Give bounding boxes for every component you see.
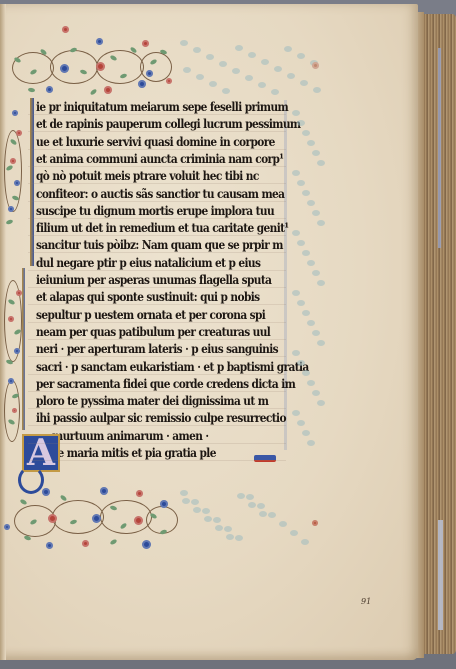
- flower-icon: [16, 130, 22, 136]
- flower-icon: [14, 180, 20, 186]
- ghost-leaf: [202, 508, 210, 514]
- ruling-line: [28, 287, 286, 288]
- ghost-leaf: [183, 67, 191, 73]
- ghost-leaf: [307, 320, 315, 326]
- ghost-leaf: [297, 180, 305, 186]
- ghost-leaf: [302, 310, 310, 316]
- ghost-leaf: [279, 521, 287, 527]
- flower-icon: [166, 78, 172, 84]
- ghost-leaf: [261, 59, 269, 65]
- ghost-leaf: [317, 220, 325, 226]
- ghost-leaf: [302, 130, 310, 136]
- ghost-leaf: [271, 89, 279, 95]
- ruling-line: [28, 218, 286, 219]
- flower-icon: [160, 500, 168, 508]
- flower-icon: [46, 86, 53, 93]
- ghost-leaf: [297, 120, 305, 126]
- ghost-leaf: [317, 340, 325, 346]
- vine-stem: [100, 500, 152, 534]
- ghost-leaf: [292, 350, 300, 356]
- ghost-leaf: [215, 525, 223, 531]
- ruling-line: [28, 252, 286, 253]
- ghost-leaf: [297, 240, 305, 246]
- ghost-leaf: [317, 400, 325, 406]
- flower-icon: [82, 540, 89, 547]
- ghost-leaf: [219, 61, 227, 67]
- ruling-frame-right: [284, 100, 287, 450]
- ghost-leaf: [307, 140, 315, 146]
- ruling-line: [28, 391, 286, 392]
- flower-icon: [96, 38, 103, 45]
- ghost-leaf: [307, 260, 315, 266]
- ghost-leaf: [206, 54, 214, 60]
- ghost-leaf: [307, 200, 315, 206]
- ruling-line: [28, 114, 286, 115]
- ghost-leaf: [246, 494, 254, 500]
- ghost-leaf: [180, 490, 188, 496]
- ghost-leaf: [312, 210, 320, 216]
- ghost-leaf: [297, 420, 305, 426]
- ghost-leaf: [196, 74, 204, 80]
- ghost-leaf: [292, 230, 300, 236]
- vine-stem: [50, 50, 98, 84]
- folio-number: 91: [361, 597, 371, 606]
- ruling-line: [28, 201, 286, 202]
- ghost-leaf: [300, 80, 308, 86]
- ghost-leaf: [258, 82, 266, 88]
- ghost-leaf: [292, 410, 300, 416]
- ghost-leaf: [307, 440, 315, 446]
- ghost-leaf: [302, 250, 310, 256]
- ghost-leaf: [313, 87, 321, 93]
- ruling-line: [28, 131, 286, 132]
- ghost-leaf: [182, 498, 190, 504]
- ghost-leaf: [297, 53, 305, 59]
- ghost-leaf: [290, 530, 298, 536]
- flower-icon: [146, 70, 153, 77]
- ruling-line: [28, 235, 286, 236]
- ghost-leaf: [191, 499, 199, 505]
- flower-icon: [142, 540, 151, 549]
- ruling-line: [28, 166, 286, 167]
- ruling-line: [28, 322, 286, 323]
- ghost-leaf: [235, 535, 243, 541]
- ghost-leaf: [302, 190, 310, 196]
- ghost-leaf: [226, 534, 234, 540]
- flower-icon: [8, 316, 14, 322]
- ghost-leaf: [301, 539, 309, 545]
- initial-swirl: [18, 466, 44, 494]
- flower-icon: [142, 40, 149, 47]
- flower-icon: [12, 110, 18, 116]
- ghost-leaf: [312, 390, 320, 396]
- ghost-leaf: [287, 73, 295, 79]
- ghost-leaf: [292, 290, 300, 296]
- flower-icon: [136, 490, 143, 497]
- flower-icon: [14, 348, 20, 354]
- flower-icon: [16, 290, 22, 296]
- ghost-leaf: [312, 270, 320, 276]
- flower-icon: [312, 520, 318, 526]
- ghost-leaf: [204, 516, 212, 522]
- flower-icon: [8, 206, 14, 212]
- ghost-leaf: [237, 493, 245, 499]
- ghost-leaf: [302, 430, 310, 436]
- ghost-leaf: [317, 160, 325, 166]
- flower-icon: [138, 80, 146, 88]
- flower-icon: [312, 62, 319, 69]
- flower-icon: [60, 64, 69, 73]
- ghost-leaf: [274, 66, 282, 72]
- ghost-leaf: [297, 300, 305, 306]
- ghost-leaf: [292, 110, 300, 116]
- flower-icon: [12, 408, 17, 413]
- ruling-line: [28, 304, 286, 305]
- ruling-line: [28, 183, 286, 184]
- ruling-line: [28, 460, 286, 461]
- ghost-leaf: [284, 46, 292, 52]
- ghost-leaf: [248, 502, 256, 508]
- ghost-leaf: [235, 45, 243, 51]
- flower-icon: [42, 488, 50, 496]
- flower-icon: [10, 158, 16, 164]
- ghost-leaf: [245, 75, 253, 81]
- ghost-leaf: [193, 507, 201, 513]
- flower-icon: [104, 86, 112, 94]
- ghost-leaf: [193, 47, 201, 53]
- ghost-leaf: [268, 512, 276, 518]
- flower-icon: [48, 514, 57, 523]
- ghost-leaf: [307, 380, 315, 386]
- ruling-line: [28, 443, 286, 444]
- ruling-line: [28, 270, 286, 271]
- flower-icon: [134, 516, 143, 525]
- ghost-leaf: [312, 150, 320, 156]
- flower-icon: [92, 514, 101, 523]
- ghost-leaf: [297, 360, 305, 366]
- blue-ribbon-marker: [438, 48, 441, 248]
- flower-icon: [8, 378, 14, 384]
- ruling-line: [28, 339, 286, 340]
- ghost-leaf: [317, 280, 325, 286]
- gold-blue-bar-lower: [22, 268, 25, 430]
- ruling-line: [28, 149, 286, 150]
- flower-icon: [62, 26, 69, 33]
- ghost-leaf: [292, 170, 300, 176]
- ghost-leaf: [248, 52, 256, 58]
- ghost-leaf: [312, 330, 320, 336]
- ghost-leaf: [222, 88, 230, 94]
- blue-ribbon-marker-lower: [438, 520, 443, 630]
- ghost-leaf: [232, 68, 240, 74]
- ghost-leaf: [213, 517, 221, 523]
- ghost-leaf: [257, 503, 265, 509]
- flower-icon: [96, 62, 105, 71]
- ghost-leaf: [180, 40, 188, 46]
- flower-icon: [100, 487, 108, 495]
- ghost-leaf: [302, 370, 310, 376]
- vine-stem: [12, 52, 54, 84]
- ruling-line: [28, 356, 286, 357]
- ghost-leaf: [209, 81, 217, 87]
- gold-blue-bar-upper: [30, 98, 34, 266]
- ghost-leaf: [224, 526, 232, 532]
- ruling-line: [28, 425, 286, 426]
- flower-icon: [46, 542, 53, 549]
- ghost-leaf: [259, 511, 267, 517]
- flower-icon: [4, 524, 10, 530]
- ruling-line: [28, 408, 286, 409]
- ruling-line: [28, 374, 286, 375]
